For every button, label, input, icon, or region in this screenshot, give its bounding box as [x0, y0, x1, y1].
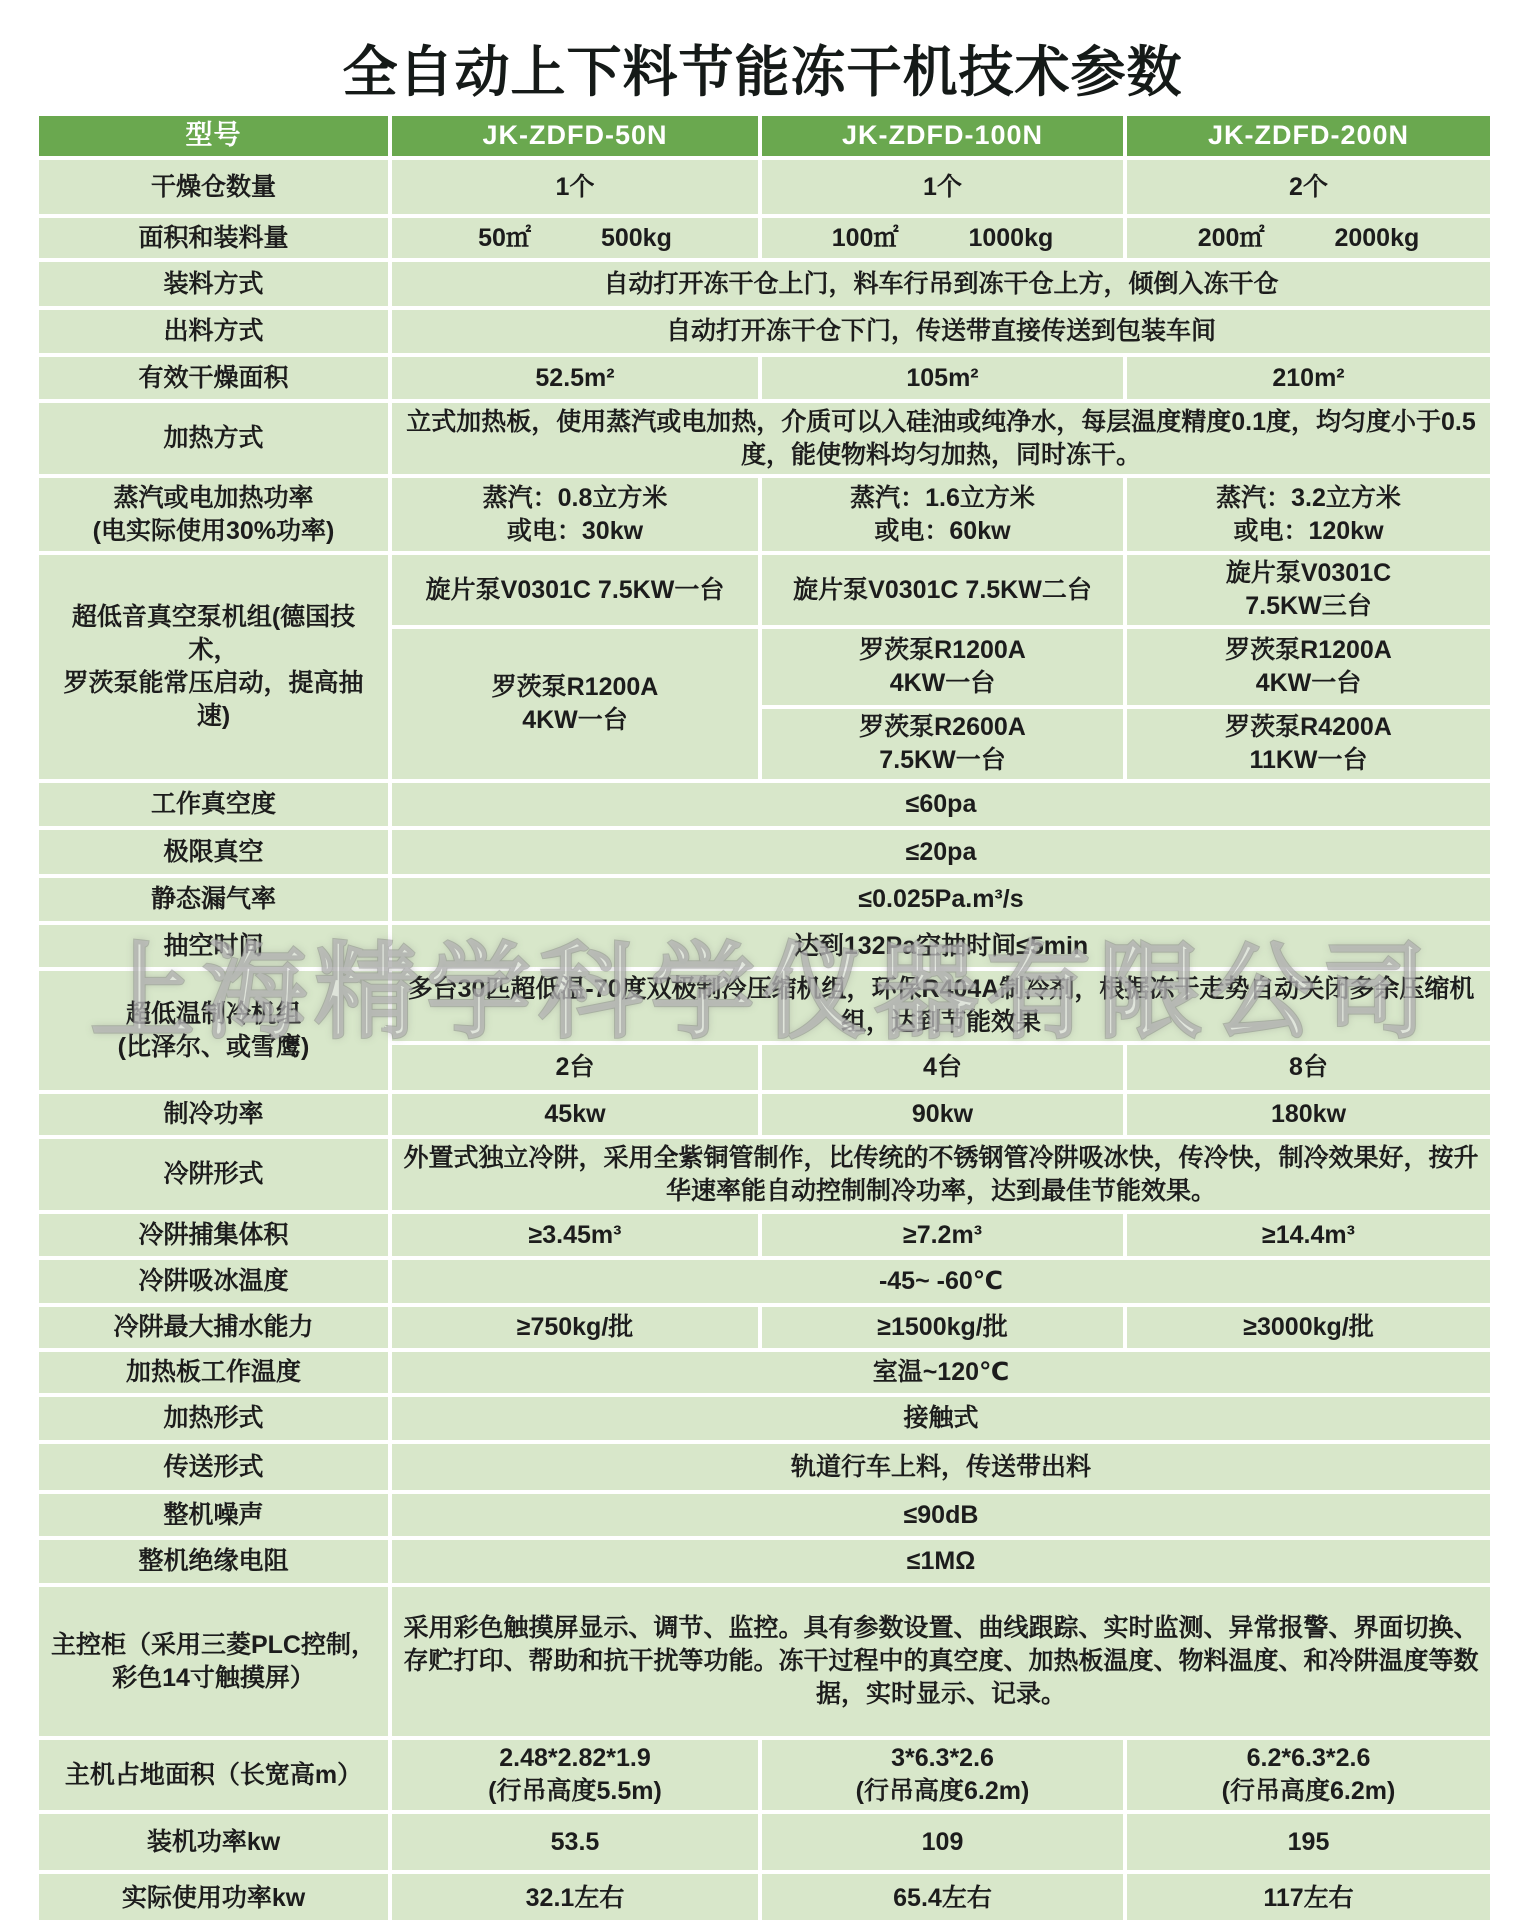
cell-trap-volume-50n: ≥3.45m³ [390, 1212, 760, 1258]
table-header-row: 型号 JK-ZDFD-50N JK-ZDFD-100N JK-ZDFD-200N [37, 114, 1492, 158]
cell-area-load-200n: 200㎡2000kg [1125, 216, 1492, 260]
row-label-leak-rate: 静态漏气率 [37, 876, 390, 923]
row-conveying: 传送形式 轨道行车上料，传送带出料 [37, 1442, 1492, 1492]
row-chambers: 干燥仓数量 1个 1个 2个 [37, 158, 1492, 216]
row-label-vacuum-pumps: 超低音真空泵机组(德国技术， 罗茨泵能常压启动，提高抽速) [37, 553, 390, 781]
header-model-50n: JK-ZDFD-50N [390, 114, 760, 158]
row-leak-rate: 静态漏气率 ≤0.025Pa.m³/s [37, 876, 1492, 923]
row-installed-power: 装机功率kw 53.5 109 195 [37, 1812, 1492, 1872]
cell-refrigeration-desc: 多台30匹超低温-70度双极制冷压缩机组，环保R404A制冷剂，根据冻干走势自动… [390, 969, 1492, 1043]
cell-roots-lower-100n: 罗茨泵R2600A 7.5KW一台 [760, 707, 1125, 781]
row-label-installed-power: 装机功率kw [37, 1812, 390, 1872]
cell-loading: 自动打开冻干仓上门，料车行吊到冻干仓上方，倾倒入冻干仓 [390, 260, 1492, 308]
header-model-100n: JK-ZDFD-100N [760, 114, 1125, 158]
cell-cooling-power-200n: 180kw [1125, 1092, 1492, 1137]
row-label-trap-temp: 冷阱吸冰温度 [37, 1258, 390, 1305]
cell-compressor-count-50n: 2台 [390, 1043, 760, 1092]
row-trap-capacity: 冷阱最大捕水能力 ≥750kg/批 ≥1500kg/批 ≥3000kg/批 [37, 1305, 1492, 1350]
row-label-chambers: 干燥仓数量 [37, 158, 390, 216]
cell-control-cabinet: 采用彩色触摸屏显示、调节、监控。具有参数设置、曲线跟踪、实时监测、异常报警、界面… [390, 1585, 1492, 1738]
row-cooling-power: 制冷功率 45kw 90kw 180kw [37, 1092, 1492, 1137]
cell-insulation: ≤1MΩ [390, 1538, 1492, 1585]
area-value: 200㎡ [1198, 222, 1265, 255]
row-label-conveying: 传送形式 [37, 1442, 390, 1492]
row-vacuum-rotary: 超低音真空泵机组(德国技术， 罗茨泵能常压启动，提高抽速) 旋片泵V0301C … [37, 553, 1492, 627]
cell-heating-method: 立式加热板，使用蒸汽或电加热，介质可以入硅油或纯净水，每层温度精度0.1度，均匀… [390, 401, 1492, 476]
load-value: 1000kg [968, 222, 1053, 255]
row-label-steam-power: 蒸汽或电加热功率 (电实际使用30%功率) [37, 476, 390, 553]
load-value: 2000kg [1334, 222, 1419, 255]
area-value: 100㎡ [832, 222, 899, 255]
cell-rotary-100n: 旋片泵V0301C 7.5KW二台 [760, 553, 1125, 627]
cell-area-load-50n: 50㎡500kg [390, 216, 760, 260]
cell-conveying: 轨道行车上料，传送带出料 [390, 1442, 1492, 1492]
cell-installed-power-50n: 53.5 [390, 1812, 760, 1872]
cell-noise: ≤90dB [390, 1492, 1492, 1538]
row-label-unloading: 出料方式 [37, 308, 390, 355]
row-label-trap-volume: 冷阱捕集体积 [37, 1212, 390, 1258]
row-pump-down-time: 抽空时间 达到132Pa空抽时间≤5min [37, 923, 1492, 969]
row-label-insulation: 整机绝缘电阻 [37, 1538, 390, 1585]
row-loading: 装料方式 自动打开冻干仓上门，料车行吊到冻干仓上方，倾倒入冻干仓 [37, 260, 1492, 308]
cell-footprint-100n: 3*6.3*2.6 (行吊高度6.2m) [760, 1738, 1125, 1812]
cell-plate-temp: 室温~120℃ [390, 1350, 1492, 1395]
cell-area-load-100n: 100㎡1000kg [760, 216, 1125, 260]
row-label-refrigeration: 超低温制冷机组 (比泽尔、或雪鹰) [37, 969, 390, 1092]
cell-unloading: 自动打开冻干仓下门，传送带直接传送到包装车间 [390, 308, 1492, 355]
cell-drying-area-50n: 52.5m² [390, 355, 760, 401]
row-area-load: 面积和装料量 50㎡500kg 100㎡1000kg 200㎡2000kg [37, 216, 1492, 260]
row-ultimate-vacuum: 极限真空 ≤20pa [37, 828, 1492, 876]
row-trap-volume: 冷阱捕集体积 ≥3.45m³ ≥7.2m³ ≥14.4m³ [37, 1212, 1492, 1258]
cell-drying-area-200n: 210m² [1125, 355, 1492, 401]
cell-leak-rate: ≤0.025Pa.m³/s [390, 876, 1492, 923]
row-label-area-load: 面积和装料量 [37, 216, 390, 260]
row-label-cold-trap-type: 冷阱形式 [37, 1137, 390, 1212]
row-label-ultimate-vacuum: 极限真空 [37, 828, 390, 876]
row-label-working-vacuum: 工作真空度 [37, 781, 390, 828]
row-heating-type: 加热形式 接触式 [37, 1395, 1492, 1442]
row-label-actual-power: 实际使用功率kw [37, 1872, 390, 1920]
row-label-loading: 装料方式 [37, 260, 390, 308]
cell-trap-capacity-50n: ≥750kg/批 [390, 1305, 760, 1350]
row-label-footprint: 主机占地面积（长宽高m） [37, 1738, 390, 1812]
cell-actual-power-200n: 117左右 [1125, 1872, 1492, 1920]
row-plate-temp: 加热板工作温度 室温~120℃ [37, 1350, 1492, 1395]
row-drying-area: 有效干燥面积 52.5m² 105m² 210m² [37, 355, 1492, 401]
cell-working-vacuum: ≤60pa [390, 781, 1492, 828]
cell-steam-power-100n: 蒸汽：1.6立方米 或电：60kw [760, 476, 1125, 553]
row-label-noise: 整机噪声 [37, 1492, 390, 1538]
row-label-trap-capacity: 冷阱最大捕水能力 [37, 1305, 390, 1350]
cell-steam-power-50n: 蒸汽：0.8立方米 或电：30kw [390, 476, 760, 553]
cell-compressor-count-200n: 8台 [1125, 1043, 1492, 1092]
cell-roots-upper-200n: 罗茨泵R1200A 4KW一台 [1125, 627, 1492, 707]
cell-trap-capacity-200n: ≥3000kg/批 [1125, 1305, 1492, 1350]
cell-heating-type: 接触式 [390, 1395, 1492, 1442]
cell-trap-capacity-100n: ≥1500kg/批 [760, 1305, 1125, 1350]
row-control-cabinet: 主控柜（采用三菱PLC控制， 彩色14寸触摸屏） 采用彩色触摸屏显示、调节、监控… [37, 1585, 1492, 1738]
cell-actual-power-50n: 32.1左右 [390, 1872, 760, 1920]
row-unloading: 出料方式 自动打开冻干仓下门，传送带直接传送到包装车间 [37, 308, 1492, 355]
cell-footprint-50n: 2.48*2.82*1.9 (行吊高度5.5m) [390, 1738, 760, 1812]
cell-steam-power-200n: 蒸汽：3.2立方米 或电：120kw [1125, 476, 1492, 553]
cell-cold-trap-type: 外置式独立冷阱，采用全紫铜管制作，比传统的不锈钢管冷阱吸冰快，传冷快，制冷效果好… [390, 1137, 1492, 1212]
row-label-heating-type: 加热形式 [37, 1395, 390, 1442]
page-title: 全自动上下料节能冻干机技术参数 [35, 42, 1490, 103]
cell-chambers-200n: 2个 [1125, 158, 1492, 216]
row-cold-trap-type: 冷阱形式 外置式独立冷阱，采用全紫铜管制作，比传统的不锈钢管冷阱吸冰快，传冷快，… [37, 1137, 1492, 1212]
cell-trap-volume-100n: ≥7.2m³ [760, 1212, 1125, 1258]
area-value: 50㎡ [478, 222, 531, 255]
row-label-plate-temp: 加热板工作温度 [37, 1350, 390, 1395]
cell-chambers-100n: 1个 [760, 158, 1125, 216]
row-trap-temp: 冷阱吸冰温度 -45~ -60℃ [37, 1258, 1492, 1305]
row-label-heating-method: 加热方式 [37, 401, 390, 476]
row-label-control-cabinet: 主控柜（采用三菱PLC控制， 彩色14寸触摸屏） [37, 1585, 390, 1738]
row-label-drying-area: 有效干燥面积 [37, 355, 390, 401]
cell-compressor-count-100n: 4台 [760, 1043, 1125, 1092]
cell-actual-power-100n: 65.4左右 [760, 1872, 1125, 1920]
cell-footprint-200n: 6.2*6.3*2.6 (行吊高度6.2m) [1125, 1738, 1492, 1812]
row-steam-power: 蒸汽或电加热功率 (电实际使用30%功率) 蒸汽：0.8立方米 或电：30kw … [37, 476, 1492, 553]
row-refrigeration-desc: 超低温制冷机组 (比泽尔、或雪鹰) 多台30匹超低温-70度双极制冷压缩机组，环… [37, 969, 1492, 1043]
cell-trap-temp: -45~ -60℃ [390, 1258, 1492, 1305]
row-label-cooling-power: 制冷功率 [37, 1092, 390, 1137]
cell-roots-lower-200n: 罗茨泵R4200A 11KW一台 [1125, 707, 1492, 781]
cell-cooling-power-100n: 90kw [760, 1092, 1125, 1137]
row-working-vacuum: 工作真空度 ≤60pa [37, 781, 1492, 828]
cell-roots-upper-100n: 罗茨泵R1200A 4KW一台 [760, 627, 1125, 707]
row-noise: 整机噪声 ≤90dB [37, 1492, 1492, 1538]
spec-table: 型号 JK-ZDFD-50N JK-ZDFD-100N JK-ZDFD-200N… [35, 112, 1494, 1920]
row-insulation: 整机绝缘电阻 ≤1MΩ [37, 1538, 1492, 1585]
row-actual-power: 实际使用功率kw 32.1左右 65.4左右 117左右 [37, 1872, 1492, 1920]
cell-installed-power-100n: 109 [760, 1812, 1125, 1872]
cell-ultimate-vacuum: ≤20pa [390, 828, 1492, 876]
header-model: 型号 [37, 114, 390, 158]
header-model-200n: JK-ZDFD-200N [1125, 114, 1492, 158]
cell-trap-volume-200n: ≥14.4m³ [1125, 1212, 1492, 1258]
cell-rotary-200n: 旋片泵V0301C 7.5KW三台 [1125, 553, 1492, 627]
cell-pump-down-time: 达到132Pa空抽时间≤5min [390, 923, 1492, 969]
row-label-pump-down-time: 抽空时间 [37, 923, 390, 969]
cell-installed-power-200n: 195 [1125, 1812, 1492, 1872]
row-heating-method: 加热方式 立式加热板，使用蒸汽或电加热，介质可以入硅油或纯净水，每层温度精度0.… [37, 401, 1492, 476]
cell-roots-50n: 罗茨泵R1200A 4KW一台 [390, 627, 760, 781]
cell-cooling-power-50n: 45kw [390, 1092, 760, 1137]
cell-rotary-50n: 旋片泵V0301C 7.5KW一台 [390, 553, 760, 627]
load-value: 500kg [601, 222, 672, 255]
row-footprint: 主机占地面积（长宽高m） 2.48*2.82*1.9 (行吊高度5.5m) 3*… [37, 1738, 1492, 1812]
cell-drying-area-100n: 105m² [760, 355, 1125, 401]
cell-chambers-50n: 1个 [390, 158, 760, 216]
